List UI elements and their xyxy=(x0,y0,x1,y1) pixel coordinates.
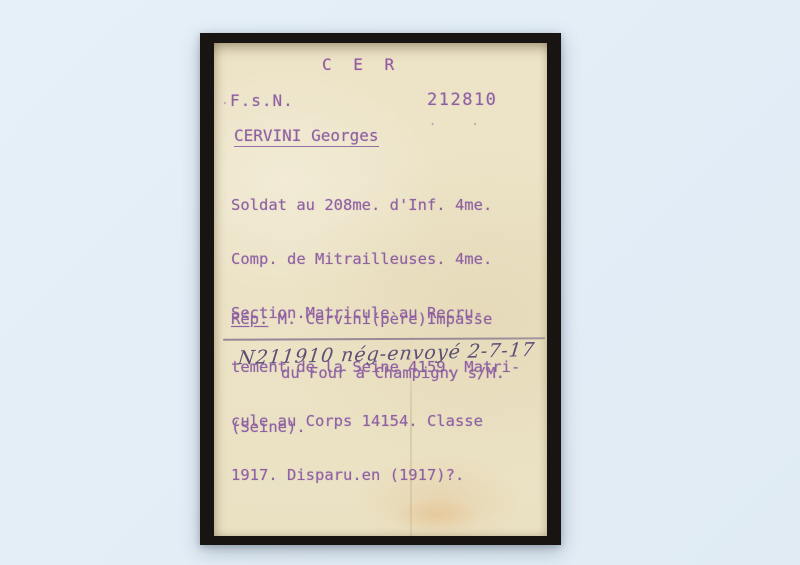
record-card: C E R . F.s.N. 212810 . . CERVINI George… xyxy=(214,43,547,536)
body-line: Comp. de Mitrailleuses. 4me. xyxy=(231,250,520,268)
page-background: C E R . F.s.N. 212810 . . CERVINI George… xyxy=(0,0,800,565)
header-code: C E R xyxy=(322,55,400,74)
reply-line1-text: M. Cervini(père)Impasse xyxy=(268,310,492,328)
ref-number-marks: . . xyxy=(429,114,493,128)
ref-label: F.s.N. xyxy=(230,91,294,110)
subject-name: CERVINI Georges xyxy=(234,126,379,147)
stray-ink-mark: . xyxy=(221,93,229,108)
reply-line: (Seine). xyxy=(231,418,505,436)
ref-number: 212810 xyxy=(427,90,497,110)
scan-frame: C E R . F.s.N. 212810 . . CERVINI George… xyxy=(200,33,561,545)
paper-crease xyxy=(410,333,412,536)
body-line: Soldat au 208me. d'Inf. 4me. xyxy=(231,196,520,214)
paper-stain xyxy=(392,498,482,532)
reply-label: Rép: xyxy=(231,310,268,328)
reply-block: Rép: M. Cervini(père)Impasse du Four à C… xyxy=(231,274,505,472)
reply-line: Rép: M. Cervini(père)Impasse xyxy=(231,310,505,328)
